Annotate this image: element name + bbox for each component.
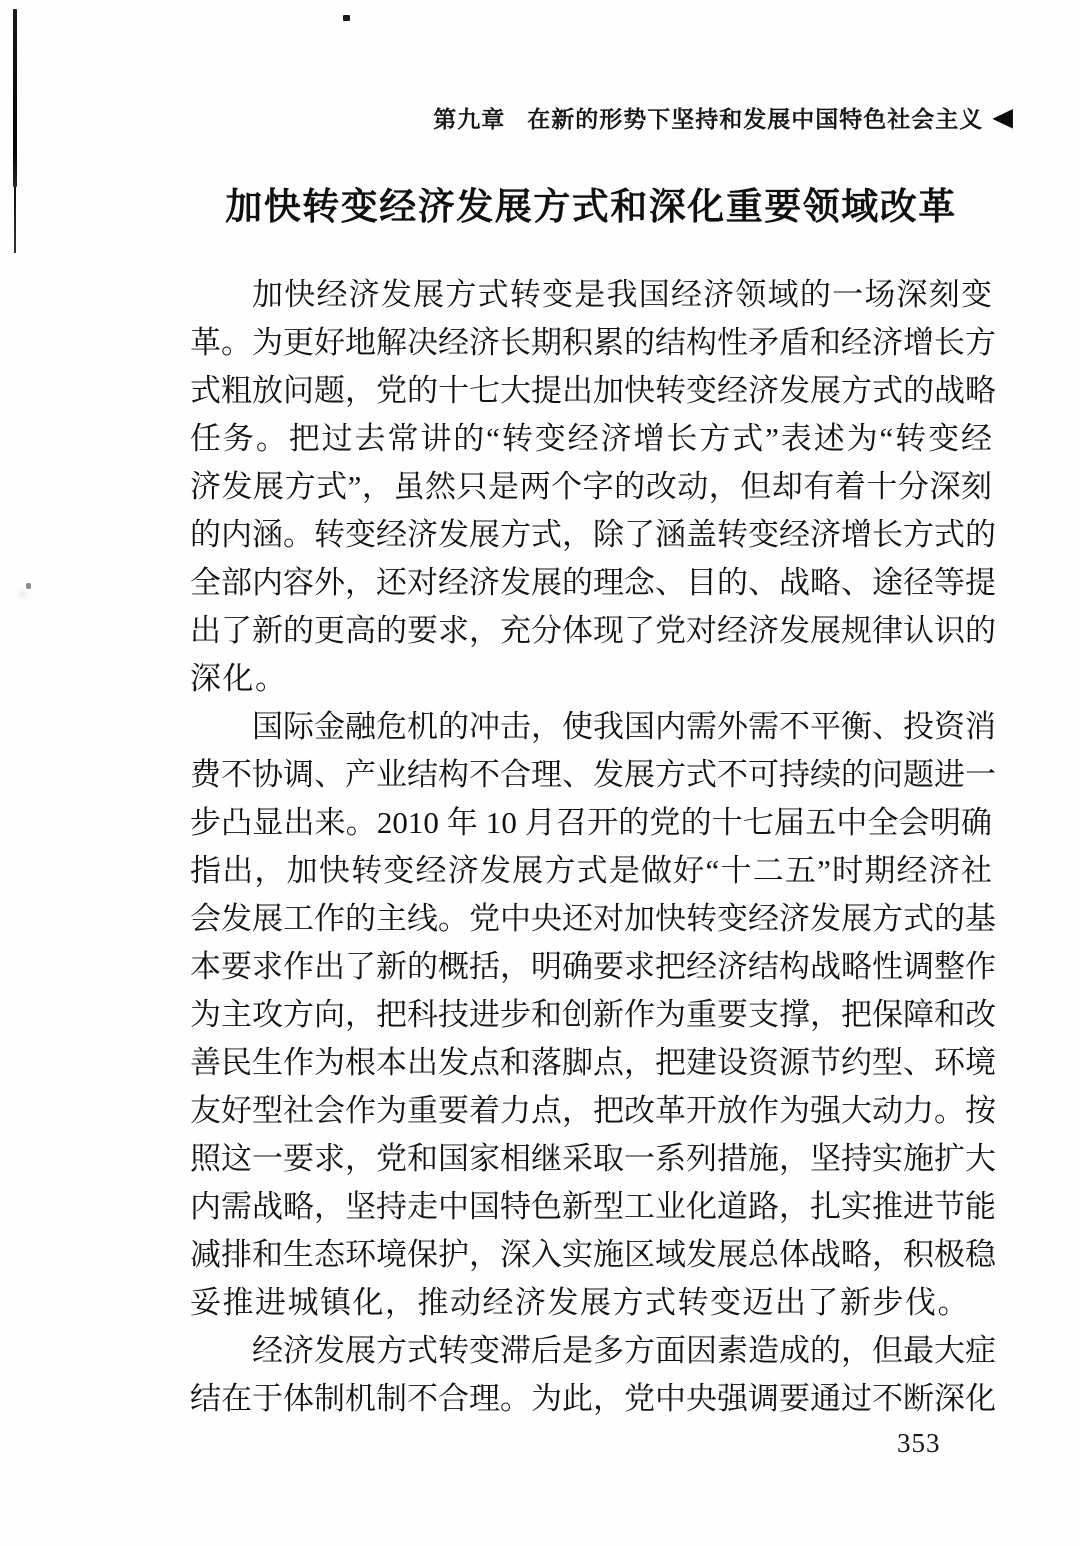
chapter-title: 在新的形势下坚持和发展中国特色社会主义 <box>527 101 983 134</box>
body-line: 全部内容外，还对经济发展的理念、目的、战略、途径等提 <box>190 559 992 607</box>
scan-artifact-line-lower <box>14 187 16 253</box>
body-line: 善民生作为根本出发点和落脚点，把建设资源节约型、环境 <box>190 1039 992 1087</box>
body-line: 结在于体制机制不合理。为此，党中央强调要通过不断深化 <box>190 1375 992 1423</box>
body-line: 会发展工作的主线。党中央还对加快转变经济发展方式的基 <box>190 895 992 943</box>
page-number: 353 <box>897 1428 941 1459</box>
body-text: 加快经济发展方式转变是我国经济领域的一场深刻变革。为更好地解决经济长期积累的结构… <box>190 271 992 1423</box>
body-line: 任务。把过去常讲的“转变经济增长方式”表述为“转变经 <box>190 415 992 463</box>
body-line: 妥推进城镇化，推动经济发展方式转变迈出了新步伐。 <box>190 1279 992 1327</box>
running-header: 第九章 在新的形势下坚持和发展中国特色社会主义 ◀ <box>433 101 1014 134</box>
body-line: 革。为更好地解决经济长期积累的结构性矛盾和经济增长方 <box>190 319 992 367</box>
section-title: 加快转变经济发展方式和深化重要领域改革 <box>190 176 992 230</box>
body-line: 济发展方式”，虽然只是两个字的改动，但却有着十分深刻 <box>190 463 992 511</box>
chapter-label: 第九章 <box>433 101 505 134</box>
body-line: 为主攻方向，把科技进步和创新作为重要支撑，把保障和改 <box>190 991 992 1039</box>
chapter-marker-triangle-icon: ◀ <box>992 105 1014 131</box>
body-line: 式粗放问题，党的十七大提出加快转变经济发展方式的战略 <box>190 367 992 415</box>
body-line: 出了新的更高的要求，充分体现了党对经济发展规律认识的 <box>190 607 992 655</box>
book-page: 第九章 在新的形势下坚持和发展中国特色社会主义 ◀ 加快转变经济发展方式和深化重… <box>0 0 1080 1546</box>
scan-artifact-line <box>13 9 17 187</box>
body-line: 照这一要求，党和国家相继采取一系列措施，坚持实施扩大 <box>190 1135 992 1183</box>
body-line: 的内涵。转变经济发展方式，除了涵盖转变经济增长方式的 <box>190 511 992 559</box>
body-line: 步凸显出来。2010 年 10 月召开的党的十七届五中全会明确 <box>190 799 992 847</box>
body-line: 费不协调、产业结构不合理、发展方式不可持续的问题进一 <box>190 751 992 799</box>
body-line: 经济发展方式转变滞后是多方面因素造成的，但最大症 <box>190 1327 992 1375</box>
body-line: 深化。 <box>190 655 992 703</box>
body-line: 加快经济发展方式转变是我国经济领域的一场深刻变 <box>190 271 992 319</box>
scan-speck-top <box>343 15 350 21</box>
body-line: 内需战略，坚持走中国特色新型工业化道路，扎实推进节能 <box>190 1183 992 1231</box>
body-line: 指出，加快转变经济发展方式是做好“十二五”时期经济社 <box>190 847 992 895</box>
body-line: 本要求作出了新的概括，明确要求把经济结构战略性调整作 <box>190 943 992 991</box>
body-line: 国际金融危机的冲击，使我国内需外需不平衡、投资消 <box>190 703 992 751</box>
body-line: 减排和生态环境保护，深入实施区域发展总体战略，积极稳 <box>190 1231 992 1279</box>
body-line: 友好型社会作为重要着力点，把改革开放作为强大动力。按 <box>190 1087 992 1135</box>
scan-speck-left <box>26 583 31 589</box>
